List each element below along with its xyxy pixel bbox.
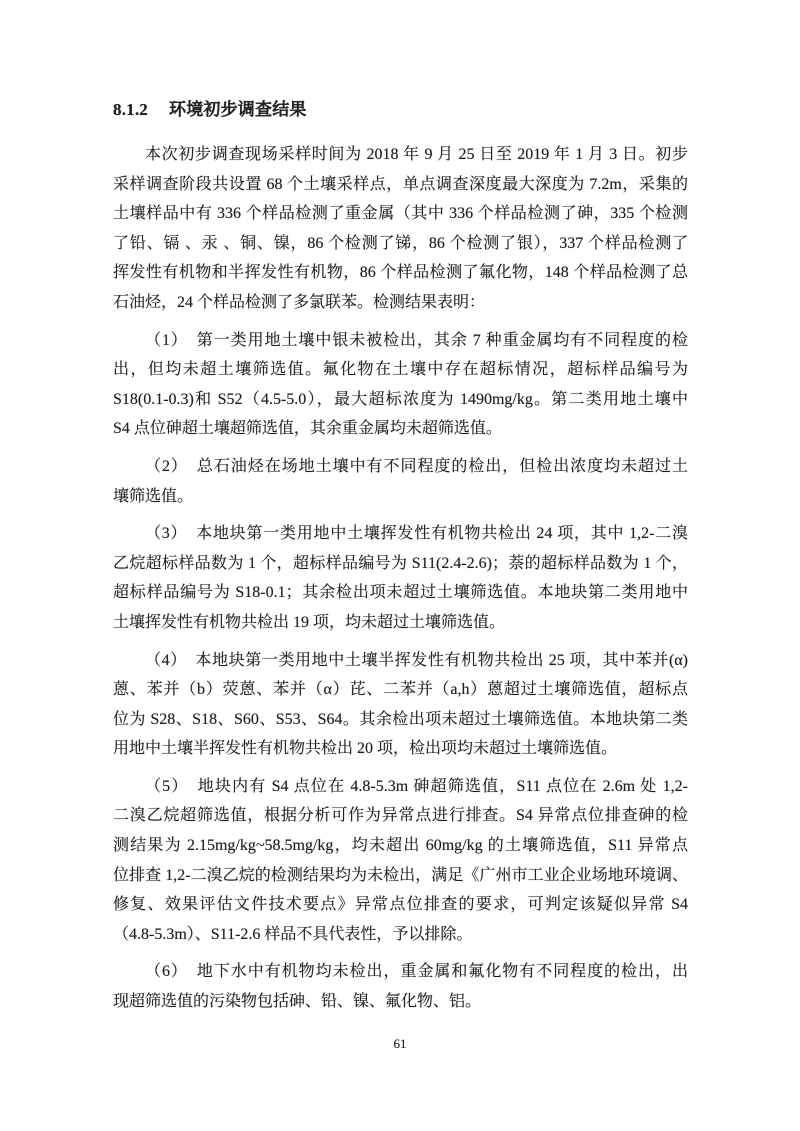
page-number: 61 <box>0 1036 800 1052</box>
text-line: 超标样品编号为 S18-0.1；其余检出项未超过土壤筛选值。本地块第二类用地中 <box>113 578 688 608</box>
text-line: 用地中土壤半挥发性有机物共检出 20 项，检出项均未超过土壤筛选值。 <box>113 734 688 764</box>
numbered-paragraph: （6） 地下水中有机物均未检出，重金属和氟化物有不同程度的检出，出现超筛选值的污… <box>113 957 688 1016</box>
text-line: S4 点位砷超土壤超筛选值，其余重金属均未超筛选值。 <box>113 414 688 444</box>
text-line: 测结果为 2.15mg/kg~58.5mg/kg，均未超出 60mg/kg 的土… <box>113 831 688 861</box>
text-line: （6） 地下水中有机物均未检出，重金属和氟化物有不同程度的检出，出 <box>113 957 688 987</box>
numbered-paragraph: （3） 本地块第一类用地中土壤挥发性有机物共检出 24 项，其中 1,2-二溴乙… <box>113 519 688 637</box>
text-line: 二溴乙烷超筛选值，根据分析可作为异常点进行排查。S4 异常点位排查砷的检 <box>113 801 688 831</box>
text-line: 壤筛选值。 <box>113 482 688 512</box>
section-number: 8.1.2 <box>113 98 148 122</box>
body-text: 本次初步调查现场采样时间为 2018 年 9 月 25 日至 2019 年 1 … <box>113 140 688 1017</box>
numbered-paragraph: （4） 本地块第一类用地中土壤半挥发性有机物共检出 25 项，其中苯并(α)蒽、… <box>113 646 688 764</box>
section-heading: 8.1.2环境初步调查结果 <box>113 98 688 122</box>
text-line: 位排查 1,2-二溴乙烷的检测结果均为未检出，满足《广州市工业企业场地环境调、 <box>113 861 688 891</box>
text-line: 乙烷超标样品数为 1 个，超标样品编号为 S11(2.4-2.6)；萘的超标样品… <box>113 549 688 579</box>
section-title: 环境初步调查结果 <box>169 100 307 119</box>
text-line: 采样调查阶段共设置 68 个土壤采样点，单点调查深度最大深度为 7.2m，采集的 <box>113 170 688 200</box>
numbered-paragraph: （1） 第一类用地土壤中银未被检出，其余 7 种重金属均有不同程度的检出，但均未… <box>113 326 688 444</box>
text-line: S18(0.1-0.3)和 S52（4.5-5.0），最大超标浓度为 1490m… <box>113 385 688 415</box>
document-page: 8.1.2环境初步调查结果 本次初步调查现场采样时间为 2018 年 9 月 2… <box>0 0 800 1131</box>
text-line: 现超筛选值的污染物包括砷、铅、镍、氟化物、铝。 <box>113 987 688 1017</box>
text-line: 位为 S28、S18、S60、S53、S64。其余检出项未超过土壤筛选值。本地块… <box>113 705 688 735</box>
text-line: （2） 总石油烃在场地土壤中有不同程度的检出，但检出浓度均未超过土 <box>113 452 688 482</box>
text-line: （1） 第一类用地土壤中银未被检出，其余 7 种重金属均有不同程度的检 <box>113 326 688 356</box>
text-line: 出，但均未超土壤筛选值。氟化物在土壤中存在超标情况，超标样品编号为 <box>113 355 688 385</box>
text-line: 修复、效果评估文件技术要点》异常点位排查的要求，可判定该疑似异常 S4 <box>113 890 688 920</box>
intro-paragraph: 本次初步调查现场采样时间为 2018 年 9 月 25 日至 2019 年 1 … <box>113 140 688 318</box>
text-line: 土壤样品中有 336 个样品检测了重金属（其中 336 个样品检测了砷，335 … <box>113 199 688 229</box>
numbered-paragraph: （2） 总石油烃在场地土壤中有不同程度的检出，但检出浓度均未超过土壤筛选值。 <box>113 452 688 511</box>
numbered-paragraph: （5） 地块内有 S4 点位在 4.8-5.3m 砷超筛选值，S11 点位在 2… <box>113 772 688 950</box>
text-line: 蒽、苯并（b）荧蒽、苯并（α）芘、二苯并（a,h）蒽超过土壤筛选值，超标点 <box>113 675 688 705</box>
text-line: （4.8-5.3m）、S11-2.6 样品不具代表性，予以排除。 <box>113 920 688 950</box>
text-line: 挥发性有机物和半挥发性有机物，86 个样品检测了氟化物，148 个样品检测了总 <box>113 258 688 288</box>
text-line: 土壤挥发性有机物共检出 19 项，均未超过土壤筛选值。 <box>113 608 688 638</box>
text-line: 了铅、镉 、汞 、铜、镍，86 个检测了锑，86 个检测了银），337 个样品检… <box>113 229 688 259</box>
text-line: （4） 本地块第一类用地中土壤半挥发性有机物共检出 25 项，其中苯并(α) <box>113 646 688 676</box>
text-line: 本次初步调查现场采样时间为 2018 年 9 月 25 日至 2019 年 1 … <box>113 140 688 170</box>
text-line: （3） 本地块第一类用地中土壤挥发性有机物共检出 24 项，其中 1,2-二溴 <box>113 519 688 549</box>
text-line: 石油烃，24 个样品检测了多氯联苯。检测结果表明： <box>113 288 688 318</box>
text-line: （5） 地块内有 S4 点位在 4.8-5.3m 砷超筛选值，S11 点位在 2… <box>113 772 688 802</box>
